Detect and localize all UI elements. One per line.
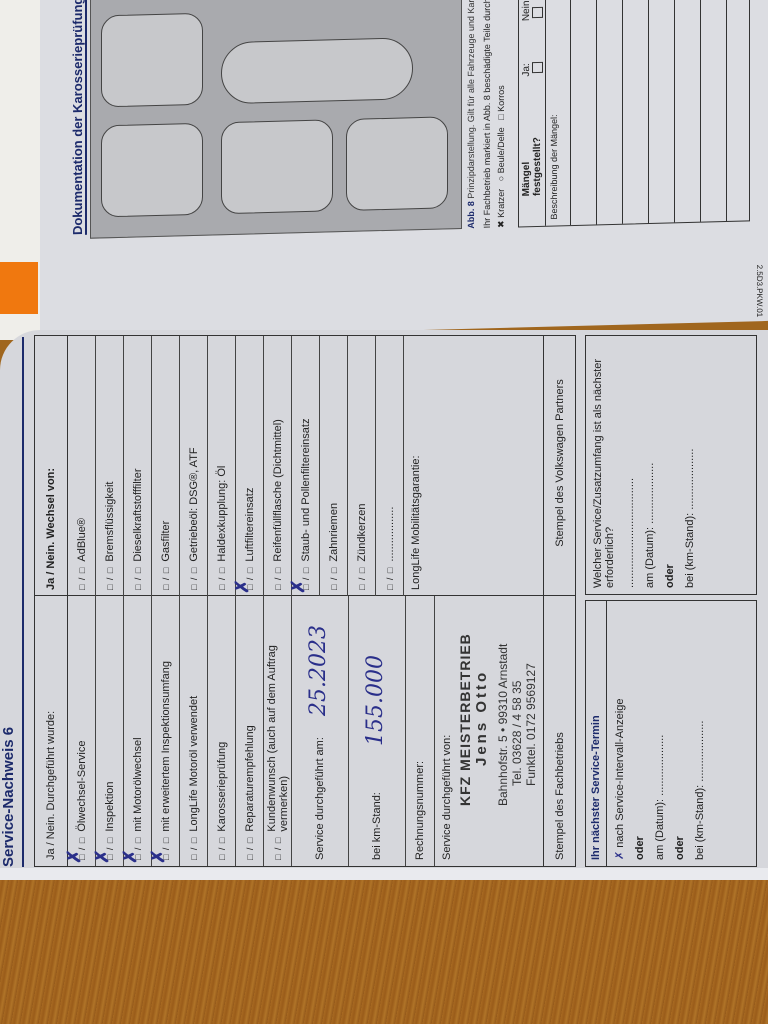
service-date-label: Service durchgeführt am: <box>314 737 326 860</box>
body-inspection-page: Dokumentation der Karosserieprüfung Abb.… <box>40 0 768 340</box>
performed-row[interactable]: □ / □Karosserieprüfung <box>208 596 236 866</box>
yes-no-checkbox[interactable]: □ / □ <box>105 567 115 590</box>
handwritten-check-icon: ✗ <box>120 849 141 864</box>
replaced-label: Zahnriemen <box>328 503 340 562</box>
defects-line[interactable] <box>571 0 597 225</box>
caption-label: Abb. 8 <box>466 201 476 229</box>
replaced-label: Luftfiltereinsatz <box>244 488 256 562</box>
next-service-text: oder <box>634 836 646 860</box>
stamp-phone: Tel. 03628 / 4 58 35 <box>510 633 524 806</box>
yes-no-checkbox[interactable]: □ / □ <box>273 567 283 590</box>
handwritten-check-icon: ✗ <box>614 848 626 860</box>
next-service-text: .................................... <box>624 478 636 588</box>
invoice-label: Rechnungsnummer: <box>414 761 426 860</box>
workshop-stamp-label: Stempel des Fachbetriebs <box>543 596 575 866</box>
defects-question: Mängel festgestellt? <box>521 106 543 196</box>
vehicle-diagram <box>90 0 462 239</box>
next-service-scope-box: Welcher Service/Zusatzumfang ist als näc… <box>585 335 757 595</box>
next-service-title: Ihr nächster Service-Termin <box>586 601 607 866</box>
diagram-caption: Abb. 8 Prinzipdarstellung. Gilt für alle… <box>466 0 476 229</box>
next-service-line[interactable]: ✗ nach Service-Intervall-Anzeige <box>607 601 628 866</box>
car-side-profile-icon <box>221 37 413 104</box>
handwritten-check-icon: ✗ <box>148 849 169 864</box>
service-date-value: 25.2023 <box>306 625 331 716</box>
yes-no-checkbox[interactable]: □ / □ <box>357 567 367 590</box>
performed-header: Ja / Nein. Durchgeführt wurde: <box>35 596 68 866</box>
mobility-guarantee-row: LongLife Mobilitätsgarantie: <box>404 336 560 596</box>
wooden-table <box>0 880 768 1024</box>
replaced-row[interactable]: □ / □✗Staub- und Pollenfiltereinsatz <box>292 336 320 596</box>
stamp-address: Bahnhofstr. 5 • 99310 Arnstadt <box>496 633 510 806</box>
handwritten-check-icon: ✗ <box>64 849 85 864</box>
vw-stamp-label: Stempel des Volkswagen Partners <box>543 336 575 596</box>
stamp-mobile: Funktel. 0172 9569127 <box>524 633 538 806</box>
next-service-text: am (Datum): .................... <box>644 463 656 588</box>
replaced-row[interactable]: □ / □Getriebeöl: DSG®, ATF <box>180 336 208 596</box>
replaced-label: Gasfilter <box>160 521 172 562</box>
legend-dent: Beule/Delle <box>496 127 506 173</box>
next-service-line[interactable]: .................................... <box>618 336 638 594</box>
performed-label: mit erweitertem Inspektionsumfang <box>160 661 172 832</box>
performed-label: Reparaturempfehlung <box>244 725 256 831</box>
next-service-text: nach Service-Intervall-Anzeige <box>614 699 626 848</box>
km-value: 155.000 <box>363 655 388 746</box>
car-top-view-icon <box>346 116 448 211</box>
yes-label: Ja: <box>521 63 532 77</box>
next-service-text: oder <box>674 836 686 860</box>
yes-no-checkbox[interactable]: □ / □ <box>217 837 227 860</box>
handwritten-check-icon: ✗ <box>288 579 309 594</box>
defects-header: Mängel festgestellt? Ja: Nein: <box>519 0 546 226</box>
replaced-column: Ja / Nein. Wechsel von: □ / □AdBlue®□ / … <box>35 336 575 596</box>
replaced-row[interactable]: □ / □Bremsflüssigkeit <box>96 336 124 596</box>
replaced-header: Ja / Nein. Wechsel von: <box>35 336 68 596</box>
handwritten-check-icon: ✗ <box>232 579 253 594</box>
marking-instruction: Ihr Fachbetrieb markiert in Abb. 8 besch… <box>482 0 492 228</box>
title-divider <box>22 337 24 867</box>
replaced-row[interactable]: □ / □✗Luftfiltereinsatz <box>236 336 264 596</box>
replaced-label: Zündkerzen <box>356 504 368 562</box>
defects-line[interactable] <box>649 0 675 223</box>
replaced-label: Haldexkupplung: Öl <box>216 466 228 562</box>
performed-column: Ja / Nein. Durchgeführt wurde: □ / □✗Ölw… <box>35 595 575 866</box>
next-service-line: oder <box>628 601 648 866</box>
replaced-label: Reifenfüllflasche (Dichtmittel) <box>272 419 284 561</box>
defects-description-label: Beschreibung der Mängel: <box>546 0 571 226</box>
performed-row[interactable]: □ / □✗Ölwechsel-Service <box>68 596 96 866</box>
performed-label: Karosserieprüfung <box>216 742 228 832</box>
defects-line[interactable] <box>701 0 727 222</box>
yes-no-checkbox[interactable]: □ / □ <box>161 567 171 590</box>
defects-yes[interactable]: Ja: <box>521 51 543 77</box>
yes-no-checkbox[interactable]: □ / □ <box>329 567 339 590</box>
next-service-line: oder <box>668 601 688 866</box>
body-inspection-title: Dokumentation der Karosserieprüfung <box>70 0 87 235</box>
caption-text: Prinzipdarstellung. Gilt für alle Fahrze… <box>466 0 476 199</box>
next-service-line[interactable]: am (Datum): .................... <box>648 601 668 866</box>
yes-no-checkbox[interactable]: □ / □ <box>77 567 87 590</box>
yes-no-checkbox[interactable]: □ / □ <box>273 837 283 860</box>
orange-page-tab <box>0 262 38 314</box>
stamp-owner: Jens Otto <box>473 633 490 806</box>
yes-no-checkbox[interactable]: □ / □ <box>189 837 199 860</box>
performed-row[interactable]: □ / □✗mit Motorölwechsel <box>124 596 152 866</box>
performed-row[interactable]: □ / □Kundenwunsch (auch auf dem Auftrag … <box>264 596 292 866</box>
replaced-row[interactable]: □ / □Gasfilter <box>152 336 180 596</box>
replaced-row[interactable]: □ / □AdBlue® <box>68 336 96 596</box>
replaced-row[interactable]: □ / □Dieselkraftstofffilter <box>124 336 152 596</box>
performed-label: mit Motorölwechsel <box>132 737 144 831</box>
km-label: bei km-Stand: <box>371 792 383 860</box>
replaced-row[interactable]: □ / □.................. <box>376 336 404 596</box>
page-title: Service-Nachweis 6 <box>0 727 17 867</box>
replaced-label: Dieselkraftstofffilter <box>132 468 144 561</box>
workshop-stamp: KFZ MEISTERBETRIEB Jens Otto Bahnhofstr.… <box>457 633 538 806</box>
car-front-view-icon <box>221 119 333 214</box>
next-service-section: Ihr nächster Service-Termin ✗ nach Servi… <box>585 337 755 867</box>
handwritten-check-icon: ✗ <box>92 849 113 864</box>
next-service-box: Ihr nächster Service-Termin ✗ nach Servi… <box>585 600 757 867</box>
replaced-label: AdBlue® <box>76 518 88 562</box>
service-by-row: Service durchgeführt von: KFZ MEISTERBET… <box>435 596 551 866</box>
replaced-row[interactable]: □ / □Haldexkupplung: Öl <box>208 336 236 596</box>
yes-no-checkbox[interactable]: □ / □ <box>189 567 199 590</box>
defects-box: Mängel festgestellt? Ja: Nein: Beschreib… <box>518 0 750 227</box>
dent-icon: ○ <box>496 176 506 182</box>
replaced-label: .................. <box>384 507 396 562</box>
next-service-text: bei (km-Stand): .................... <box>694 721 706 860</box>
replaced-label: Bremsflüssigkeit <box>104 482 116 562</box>
next-service-line[interactable]: bei (km-Stand): .................... <box>688 601 708 866</box>
scratch-icon: ✖ <box>496 220 506 228</box>
next-service-text: bei (km-Stand): .................... <box>684 449 696 588</box>
replaced-row[interactable]: □ / □Zündkerzen <box>348 336 376 596</box>
legend-scratch: Kratzer <box>496 189 506 218</box>
next-service-text: am (Datum): .................... <box>654 735 666 860</box>
service-record-page: Service-Nachweis 6 Ja / Nein. Durchgefüh… <box>0 330 768 875</box>
replaced-row[interactable]: □ / □Reifenfüllflasche (Dichtmittel) <box>264 336 292 596</box>
no-label: Nein: <box>521 0 532 21</box>
replaced-label: Staub- und Pollenfiltereinsatz <box>300 419 312 562</box>
replaced-label: Getriebeöl: DSG®, ATF <box>188 447 200 561</box>
corrosion-icon: □ <box>496 114 506 120</box>
defects-line[interactable] <box>597 0 623 224</box>
yes-no-checkbox[interactable]: □ / □ <box>133 567 143 590</box>
next-service-line[interactable]: am (Datum): .................... <box>638 336 658 594</box>
yes-no-checkbox[interactable]: □ / □ <box>385 567 395 590</box>
km-row[interactable]: bei km-Stand: 155.000 <box>349 596 406 866</box>
invoice-row[interactable]: Rechnungsnummer: <box>406 596 435 866</box>
performed-label: Ölwechsel-Service <box>76 741 88 832</box>
stamp-company: KFZ MEISTERBETRIEB <box>457 633 473 806</box>
service-date-row[interactable]: Service durchgeführt am: 25.2023 <box>292 596 349 866</box>
replaced-row[interactable]: □ / □Zahnriemen <box>320 336 348 596</box>
performed-label: LongLife Motoröl verwendet <box>188 696 200 832</box>
performed-row[interactable]: □ / □LongLife Motoröl verwendet <box>180 596 208 866</box>
performed-row[interactable]: □ / □✗mit erweitertem Inspektionsumfang <box>152 596 180 866</box>
no-checkbox[interactable] <box>532 7 543 18</box>
legend-corrosion: Korros <box>496 85 506 112</box>
mobility-guarantee-label: LongLife Mobilitätsgarantie: <box>410 455 422 590</box>
damage-legend: ✖ Kratzer ○ Beule/Delle □ Korros <box>496 85 507 228</box>
next-service-line: oder <box>658 336 678 594</box>
defects-line[interactable] <box>623 0 649 224</box>
defects-no[interactable]: Nein: <box>521 0 543 21</box>
next-service-text: oder <box>664 564 676 588</box>
car-side-view-icon <box>101 13 203 108</box>
next-scope-question: Welcher Service/Zusatzumfang ist als näc… <box>586 336 618 594</box>
performed-row[interactable]: □ / □✗Inspektion <box>96 596 124 866</box>
defects-line[interactable] <box>675 0 701 222</box>
car-rear-view-icon <box>101 123 203 218</box>
yes-no-checkbox[interactable]: □ / □ <box>217 567 227 590</box>
service-form: Ja / Nein. Durchgeführt wurde: □ / □✗Ölw… <box>34 335 576 867</box>
performed-row[interactable]: □ / □Reparaturempfehlung <box>236 596 264 866</box>
next-service-line[interactable]: bei (km-Stand): .................... <box>678 336 698 594</box>
performed-label: Inspektion <box>104 781 116 831</box>
service-by-label: Service durchgeführt von: <box>441 735 453 860</box>
performed-label: Kundenwunsch (auch auf dem Auftrag verme… <box>266 596 290 832</box>
yes-checkbox[interactable] <box>532 62 543 73</box>
yes-no-checkbox[interactable]: □ / □ <box>245 837 255 860</box>
document-code: 2.5D3.PKW.01 <box>755 265 764 318</box>
